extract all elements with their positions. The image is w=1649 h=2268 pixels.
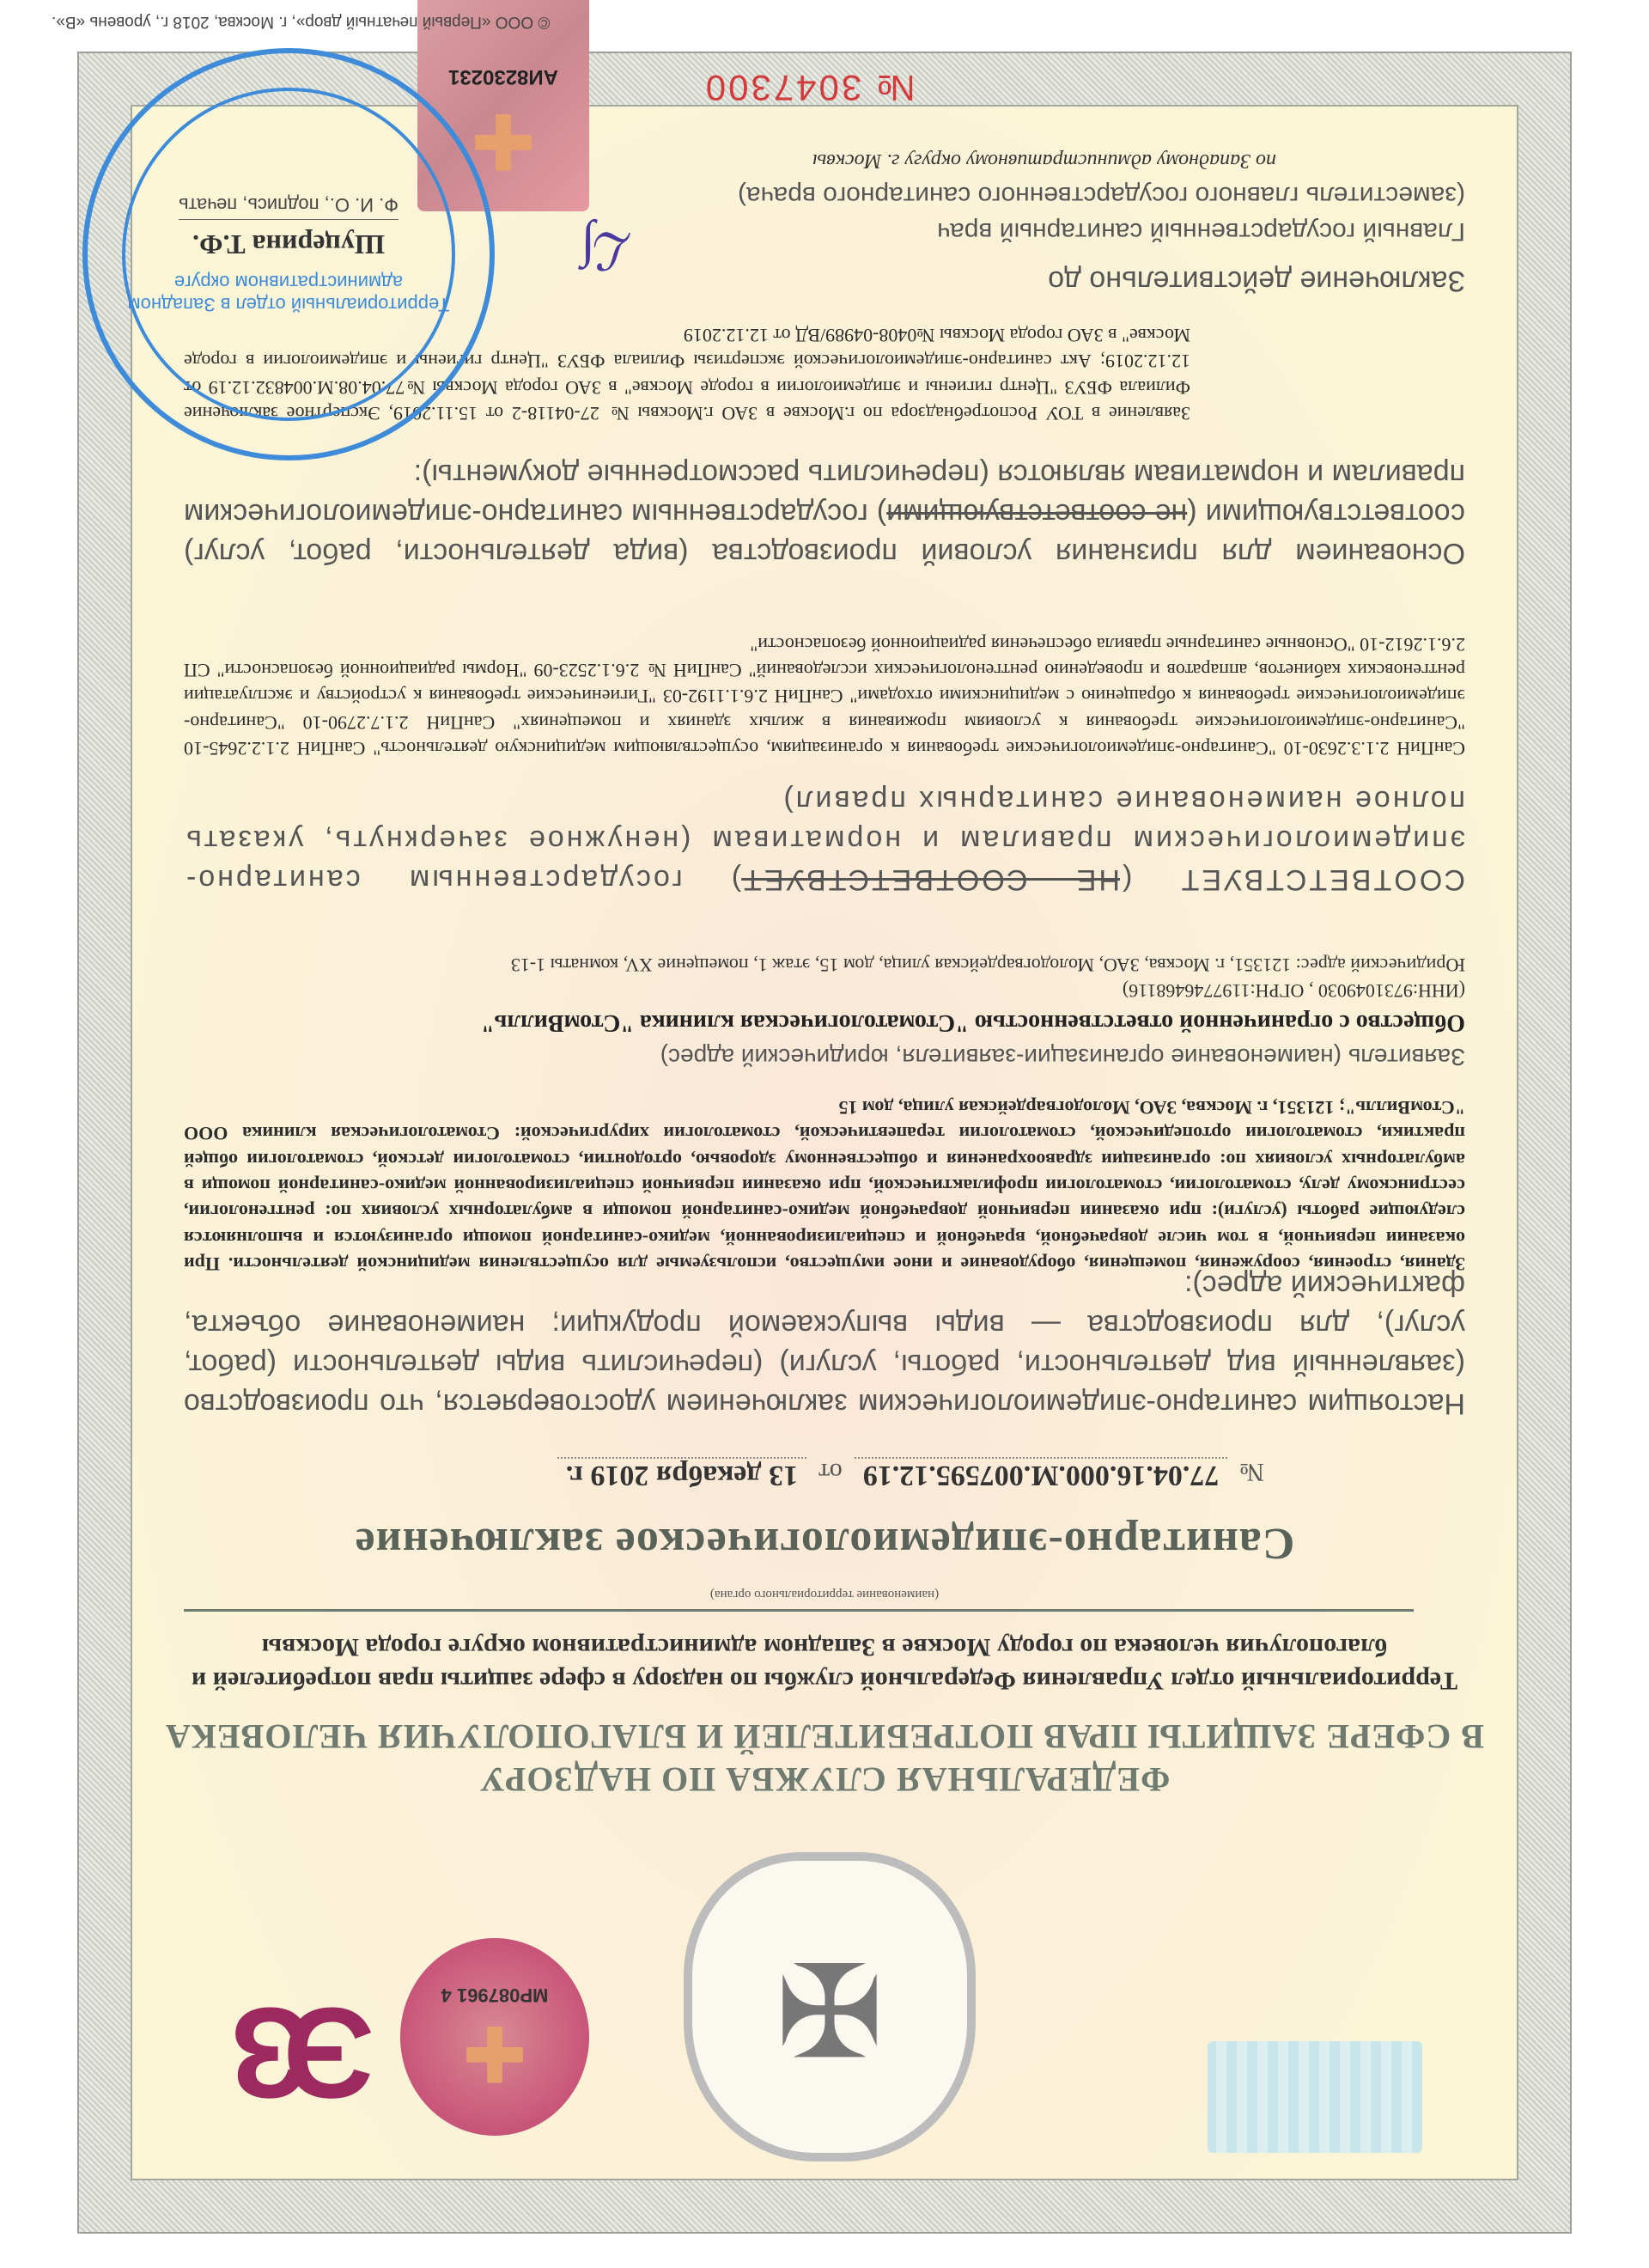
territorial-caption: (наименование территориального органа) [132, 1587, 1517, 1601]
object-description: Здания, строения, сооружения, помещения,… [184, 1094, 1465, 1277]
basis-statement: Основанием для признания условий произво… [184, 454, 1465, 572]
applicant-ids: (ИНН:9731049030 , ОГРН:1197746468116) [1123, 979, 1465, 1002]
struck-text: НЕ СООТВЕТСТВУЕТ [741, 863, 1120, 896]
signature-mark: ℒ∫ [581, 220, 632, 280]
territorial-office: Территориальный отдел Управления Федерал… [184, 1631, 1465, 1698]
hologram-seal: ✚ МР087961 4 [400, 1938, 589, 2136]
intro-paragraph: Настоящим санитарно-эпидемиологическим з… [184, 1265, 1465, 1423]
signer-position-deputy: (заместитель главного государственного с… [738, 180, 1465, 210]
document-date: 13 декабря 2019 г. [557, 1457, 806, 1491]
applicant-label: Заявитель (наименование организации-заяв… [184, 1043, 1465, 1070]
applicant-name: Общество с ограниченной ответственностью… [184, 1009, 1465, 1036]
ornamental-border: ✠ ✚ МР087961 4 ЭЗ Федеральная служба по … [77, 52, 1572, 2234]
blue-stamp: Территориальный отдел в Западном админис… [82, 48, 495, 460]
eco-mark: ЭЗ [255, 1978, 374, 2127]
signer-district: по Западному административному округу г.… [812, 149, 1276, 172]
certificate-body: ✠ ✚ МР087961 4 ЭЗ Федеральная служба по … [131, 105, 1518, 2180]
certificate-page: ✠ ✚ МР087961 4 ЭЗ Федеральная служба по … [0, 0, 1649, 2268]
eagle-emblem-icon: ✠ [776, 1932, 884, 2082]
applicant-address: Юридический адрес: 121351, г. Москва, ЗА… [511, 954, 1465, 976]
sanitary-rules: СанПиН 2.1.3.2630-10 "Санитарно-эпидемио… [184, 631, 1465, 761]
cross-icon: ✚ [471, 95, 535, 186]
compliance-statement: СООТВЕТСТВУЕТ (НЕ СООТВЕТСТВУЕТ) государ… [184, 780, 1465, 899]
signer-position: Главный государственный санитарный врач [937, 216, 1465, 246]
agency-heading: Федеральная служба по надзору в сфере за… [132, 1715, 1517, 1801]
serial-number: № 3047300 [703, 67, 916, 108]
divider [184, 1609, 1414, 1612]
printer-copyright: © ООО «Первый печатный двор», г. Москва,… [52, 12, 550, 31]
hologram-strip [1208, 2041, 1422, 2153]
signer-name: Шуцерина Т.Ф. [192, 229, 385, 260]
validity-label: Заключение действительно до [1048, 264, 1465, 297]
cross-icon: ✚ [462, 2013, 526, 2090]
document-number: 77.04.16.000.М.007595.12.19 [855, 1457, 1228, 1491]
document-number-line: № 77.04.16.000.М.007595.12.19 от 13 дека… [201, 1457, 1276, 1491]
document-title: Санитарно-эпидемиологическое заключение [132, 1518, 1517, 1569]
coat-of-arms-emblem: ✠ [684, 1852, 976, 2161]
struck-text: не соответствующими [886, 497, 1187, 530]
signer-caption: Ф. И. О., подпись, печать [179, 193, 399, 220]
